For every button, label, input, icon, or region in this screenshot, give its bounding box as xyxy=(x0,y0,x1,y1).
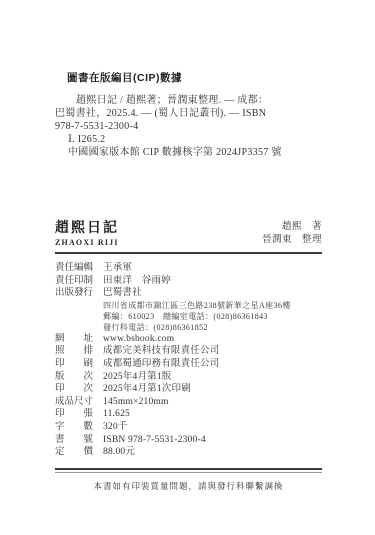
row-label: 版次 xyxy=(55,371,93,384)
row-value: 11.625 xyxy=(103,408,130,421)
row-value: 成都完美科技有限責任公司 xyxy=(103,345,219,358)
address-line-3: 發行科電話：(028)86361852 xyxy=(103,322,322,333)
row-label: 網址 xyxy=(55,333,93,346)
colophon-row-printing: 印刷 成都蜀通印務有限責任公司 xyxy=(55,358,322,371)
cip-heading: 圖書在版編目(CIP)數據 xyxy=(67,70,322,85)
row-value: 成都蜀通印務有限責任公司 xyxy=(103,358,219,371)
colophon-row-typesetting: 照排 成都完美科技有限責任公司 xyxy=(55,345,322,358)
row-label: 印次 xyxy=(55,383,93,396)
row-value: 2025年4月第1次印刷 xyxy=(103,383,191,396)
colophon-row-isbn: 書號 ISBN 978-7-5531-2300-4 xyxy=(55,434,322,447)
publisher-address: 四川省成都市錦江區三色路238號新華之星A座36樓 郵編：610023 總編室電… xyxy=(103,300,322,333)
editor-line: 晉潤東 整理 xyxy=(262,234,322,247)
row-value: 田東洋 谷雨婷 xyxy=(103,275,171,288)
row-value: 2025年4月第1版 xyxy=(103,371,172,384)
book-copyright-page: 圖書在版編目(CIP)數據 趙熙日記 / 趙熙著；晉潤東整理. — 成都： 巴蜀… xyxy=(0,0,375,535)
title-block: 趙熙日記 ZHAOXI RIJI 趙熙 著 晉潤東 整理 xyxy=(55,219,322,254)
colophon-row-size: 成品尺寸 145mm×210mm xyxy=(55,396,322,409)
row-label: 責任編輯 xyxy=(55,262,93,275)
row-value: 88.00元 xyxy=(103,446,135,459)
cip-line-2: 巴蜀書社，2025.4. — (蜀人日記叢刊). — ISBN xyxy=(55,107,322,120)
colophon-row-print-supervisor: 責任印制 田東洋 谷雨婷 xyxy=(55,275,322,288)
row-label: 出版發行 xyxy=(55,287,93,300)
row-value: 320千 xyxy=(103,421,128,434)
cip-section: 圖書在版編目(CIP)數據 趙熙日記 / 趙熙著；晉潤東整理. — 成都： 巴蜀… xyxy=(55,70,322,159)
colophon-row-price: 定價 88.00元 xyxy=(55,446,322,459)
address-line-2: 郵編：610023 總編室電話：(028)86361843 xyxy=(103,311,322,322)
row-label: 定價 xyxy=(55,446,93,459)
row-label: 照排 xyxy=(55,345,93,358)
colophon-row-publisher: 出版發行 巴蜀書社 xyxy=(55,287,322,300)
row-value: www.bsbook.com xyxy=(103,333,174,346)
row-label: 責任印制 xyxy=(55,275,93,288)
row-label: 印張 xyxy=(55,408,93,421)
row-value: ISBN 978-7-5531-2300-4 xyxy=(103,434,206,447)
colophon-row-sheets: 印張 11.625 xyxy=(55,408,322,421)
quality-notice: 本書如有印裝質量問題，請與發行科聯繫調換 xyxy=(55,480,322,492)
colophon-row-edition: 版次 2025年4月第1版 xyxy=(55,371,322,384)
footer-rule xyxy=(55,468,322,473)
colophon-row-website: 網址 www.bsbook.com xyxy=(55,333,322,346)
row-label: 成品尺寸 xyxy=(55,396,93,409)
row-label: 書號 xyxy=(55,434,93,447)
title-block-left: 趙熙日記 ZHAOXI RIJI xyxy=(55,219,119,247)
cip-line-5: 中國國家版本館 CIP 數據核字第 2024JP3357 號 xyxy=(55,146,322,159)
cip-line-3: 978-7-5531-2300-4 xyxy=(55,120,322,133)
colophon-row-impression: 印次 2025年4月第1次印刷 xyxy=(55,383,322,396)
address-line-1: 四川省成都市錦江區三色路238號新華之星A座36樓 xyxy=(103,300,322,311)
book-title: 趙熙日記 xyxy=(55,219,119,235)
cip-line-4: Ⅰ. I265.2 xyxy=(55,133,322,146)
author-line: 趙熙 著 xyxy=(262,221,322,234)
book-title-pinyin: ZHAOXI RIJI xyxy=(55,238,119,247)
cip-line-1: 趙熙日記 / 趙熙著；晉潤東整理. — 成都： xyxy=(55,94,322,107)
colophon-row-editor: 責任編輯 王承軍 xyxy=(55,262,322,275)
colophon-row-wordcount: 字數 320千 xyxy=(55,421,322,434)
row-label: 印刷 xyxy=(55,358,93,371)
colophon-section: 責任編輯 王承軍 責任印制 田東洋 谷雨婷 出版發行 巴蜀書社 四川省成都市錦江… xyxy=(55,262,322,459)
row-value: 145mm×210mm xyxy=(103,396,169,409)
row-value: 王承軍 xyxy=(103,262,132,275)
row-value: 巴蜀書社 xyxy=(103,287,142,300)
title-block-right: 趙熙 著 晉潤東 整理 xyxy=(262,221,322,247)
row-label: 字數 xyxy=(55,421,93,434)
